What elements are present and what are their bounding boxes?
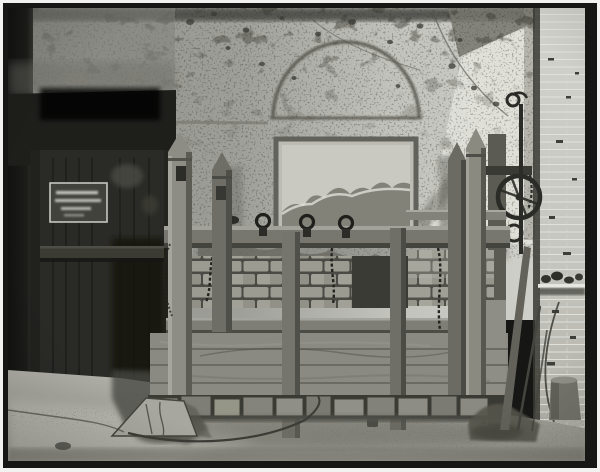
photo-mount xyxy=(0,0,600,472)
photo-vignette xyxy=(8,8,585,461)
photograph xyxy=(0,0,600,472)
photo-content xyxy=(8,8,585,461)
